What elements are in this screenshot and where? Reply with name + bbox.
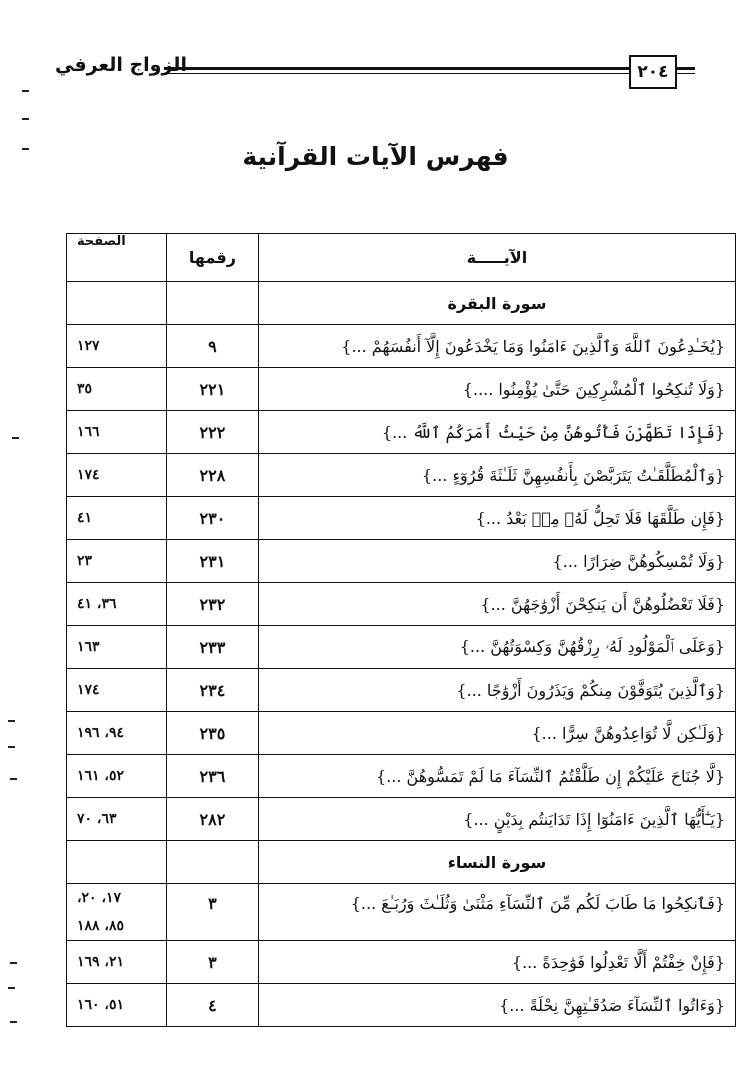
- table-row: {وَٱلَّذِينَ يُتَوَفَّوْنَ مِنكُمْ وَيَذ…: [67, 669, 736, 712]
- margin-mark: [12, 437, 19, 439]
- page-reference: ٥٢، ١٦١: [67, 755, 167, 798]
- verse-text: {يَـٰٓأَيُّهَا ٱلَّذِينَ ءَامَنُوٓا إِذَ…: [258, 798, 735, 841]
- verse-number: ٢٣٠: [166, 497, 258, 540]
- surah-name: سورة النساء: [258, 841, 735, 884]
- verse-text: {فَإِذَا تَطَهَّرْنَ فَأْتُوهُنَّ مِنْ ح…: [258, 411, 735, 454]
- page-reference: ٣٥: [67, 368, 167, 411]
- verse-text: {فَلَا تَعْضُلُوهُنَّ أَن يَنكِحْنَ أَزْ…: [258, 583, 735, 626]
- quran-verses-index-table: الآيـــــة رقمها الصفحة سورة البقرة {يُخ…: [66, 233, 736, 1027]
- table-row: {وَءَاتُوا ٱلنِّسَآءَ صَدُقَـٰتِهِنَّ نِ…: [67, 984, 736, 1027]
- verse-number: ٢٣٢: [166, 583, 258, 626]
- running-header: الزواج العرفي ٢٠٤: [150, 52, 695, 88]
- verse-text: {وَلَا تُنكِحُوا ٱلْمُشْرِكِينَ حَتَّىٰ …: [258, 368, 735, 411]
- page-reference: ٢١، ١٦٩: [67, 941, 167, 984]
- table-row: {فَٱنكِحُوا مَا طَابَ لَكُم مِّنَ ٱلنِّس…: [67, 884, 736, 941]
- table-row: {وَٱلْمُطَلَّقَـٰتُ يَتَرَبَّصْنَ بِأَنف…: [67, 454, 736, 497]
- margin-mark: [10, 1021, 17, 1023]
- table-row: {فَإِذَا تَطَهَّرْنَ فَأْتُوهُنَّ مِنْ ح…: [67, 411, 736, 454]
- column-header-verse: الآيـــــة: [258, 234, 735, 282]
- page-reference: ٤١: [67, 497, 167, 540]
- verse-number: ٤: [166, 984, 258, 1027]
- verse-text: {فَإِنْ خِفْتُمْ أَلَّا تَعْدِلُوا فَوَٰ…: [258, 941, 735, 984]
- margin-mark: [10, 962, 17, 964]
- verse-text: {وَلَا تُمْسِكُوهُنَّ ضِرَارًا ...}: [258, 540, 735, 583]
- table-row: {يَـٰٓأَيُّهَا ٱلَّذِينَ ءَامَنُوٓا إِذَ…: [67, 798, 736, 841]
- header-rule: [164, 67, 695, 70]
- page-reference: ٥١، ١٦٠: [67, 984, 167, 1027]
- verse-number: ٩: [166, 325, 258, 368]
- surah-heading-row: سورة البقرة: [67, 282, 736, 325]
- surah-name: سورة البقرة: [258, 282, 735, 325]
- page-reference-line: ١٧، ٢٠،: [77, 884, 156, 912]
- page-reference: ٩٤، ١٩٦: [67, 712, 167, 755]
- table-row: {وَلَا تُنكِحُوا ٱلْمُشْرِكِينَ حَتَّىٰ …: [67, 368, 736, 411]
- margin-mark: [8, 720, 15, 722]
- page-reference: ٢٣: [67, 540, 167, 583]
- verse-number: ٢٣٤: [166, 669, 258, 712]
- page-reference: ١٦٣: [67, 626, 167, 669]
- margin-mark: [22, 118, 29, 120]
- page-reference: ١٧٤: [67, 669, 167, 712]
- table-header-row: الآيـــــة رقمها الصفحة: [67, 234, 736, 282]
- surah-heading-row: سورة النساء: [67, 841, 736, 884]
- verse-text: {فَإِن طَلَّقَهَا فَلَا تَحِلُّ لَهُۥ مِ…: [258, 497, 735, 540]
- table-row: {يُخَـٰدِعُونَ ٱللَّهَ وَٱلَّذِينَ ءَامَ…: [67, 325, 736, 368]
- verse-number: ٢٢١: [166, 368, 258, 411]
- verse-text: {فَٱنكِحُوا مَا طَابَ لَكُم مِّنَ ٱلنِّس…: [258, 884, 735, 941]
- verse-text: {وَٱلْمُطَلَّقَـٰتُ يَتَرَبَّصْنَ بِأَنف…: [258, 454, 735, 497]
- table-row: {فَإِن طَلَّقَهَا فَلَا تَحِلُّ لَهُۥ مِ…: [67, 497, 736, 540]
- verse-number: ٢٣٥: [166, 712, 258, 755]
- verse-number: ٢٨٢: [166, 798, 258, 841]
- verse-number: ٣: [166, 941, 258, 984]
- verse-number: ٢٢٢: [166, 411, 258, 454]
- column-header-page: الصفحة: [67, 234, 167, 282]
- page-reference: ٣٦، ٤١: [67, 583, 167, 626]
- page-reference: ١٧٤: [67, 454, 167, 497]
- verse-number: ٢٣٦: [166, 755, 258, 798]
- verse-number: ٢٣١: [166, 540, 258, 583]
- page-reference: ٦٣، ٧٠: [67, 798, 167, 841]
- margin-mark: [22, 90, 29, 92]
- table-row: {فَلَا تَعْضُلُوهُنَّ أَن يَنكِحْنَ أَزْ…: [67, 583, 736, 626]
- table-row: {وَعَلَى ٱلْمَوْلُودِ لَهُۥ رِزْقُهُنَّ …: [67, 626, 736, 669]
- verse-text: {وَلَـٰكِن لَّا تُوَاعِدُوهُنَّ سِرًّا .…: [258, 712, 735, 755]
- verse-text: {وَٱلَّذِينَ يُتَوَفَّوْنَ مِنكُمْ وَيَذ…: [258, 669, 735, 712]
- table-row: {وَلَـٰكِن لَّا تُوَاعِدُوهُنَّ سِرًّا .…: [67, 712, 736, 755]
- page-reference-line: ٨٥، ١٨٨: [77, 912, 156, 940]
- table-row: {لَّا جُنَاحَ عَلَيْكُمْ إِن طَلَّقْتُمُ…: [67, 755, 736, 798]
- header-rule-thin: [164, 73, 695, 74]
- page-title: فهرس الآيات القرآنية: [0, 142, 751, 171]
- page-number: ٢٠٤: [629, 55, 677, 89]
- table-row: {وَلَا تُمْسِكُوهُنَّ ضِرَارًا ...} ٢٣١ …: [67, 540, 736, 583]
- verse-text: {يُخَـٰدِعُونَ ٱللَّهَ وَٱلَّذِينَ ءَامَ…: [258, 325, 735, 368]
- page-reference: ١٦٦: [67, 411, 167, 454]
- verse-number: ٢٣٣: [166, 626, 258, 669]
- verse-text: {وَعَلَى ٱلْمَوْلُودِ لَهُۥ رِزْقُهُنَّ …: [258, 626, 735, 669]
- verse-number: ٣: [166, 884, 258, 941]
- page-reference: ١٧، ٢٠، ٨٥، ١٨٨: [67, 884, 167, 941]
- column-header-number: رقمها: [166, 234, 258, 282]
- verse-number: ٢٢٨: [166, 454, 258, 497]
- page-reference: ١٢٧: [67, 325, 167, 368]
- verse-text: {لَّا جُنَاحَ عَلَيْكُمْ إِن طَلَّقْتُمُ…: [258, 755, 735, 798]
- margin-mark: [8, 746, 15, 748]
- book-title: الزواج العرفي: [55, 54, 187, 76]
- verse-text: {وَءَاتُوا ٱلنِّسَآءَ صَدُقَـٰتِهِنَّ نِ…: [258, 984, 735, 1027]
- table-row: {فَإِنْ خِفْتُمْ أَلَّا تَعْدِلُوا فَوَٰ…: [67, 941, 736, 984]
- margin-mark: [10, 778, 17, 780]
- margin-mark: [8, 987, 15, 989]
